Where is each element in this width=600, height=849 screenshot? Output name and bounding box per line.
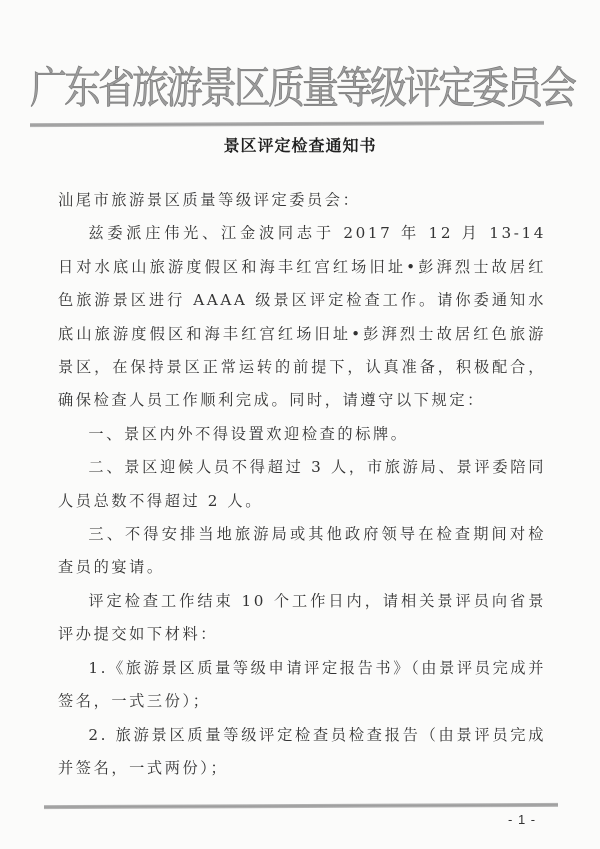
salutation: 汕尾市旅游景区质量等级评定委员会： bbox=[58, 184, 546, 217]
rule-item-1: 一、景区内外不得设置欢迎检查的标牌。 bbox=[58, 418, 546, 451]
page-number: - 1 - bbox=[508, 812, 536, 827]
document-body: 汕尾市旅游景区质量等级评定委员会： 兹委派庄伟光、江金波同志于 2017 年 1… bbox=[58, 184, 546, 785]
rule-item-3: 三、不得安排当地旅游局或其他政府领导在检查期间对检查员的宴请。 bbox=[58, 518, 546, 585]
material-item-1: 1.《旅游景区质量等级申请评定报告书》（由景评员完成并签名，一式三份）； bbox=[58, 652, 546, 719]
paragraph-intro: 兹委派庄伟光、江金波同志于 2017 年 12 月 13-14 日对水底山旅游度… bbox=[58, 217, 546, 417]
letterhead-title: 广东省旅游景区质量等级评定委员会 bbox=[30, 56, 544, 122]
document-title: 景区评定检查通知书 bbox=[0, 133, 600, 156]
material-item-2: 2. 旅游景区质量等级评定检查员检查报告（由景评员完成并签名，一式两份）； bbox=[58, 719, 546, 786]
rule-item-2: 二、景区迎候人员不得超过 3 人，市旅游局、景评委陪同人员总数不得超过 2 人。 bbox=[58, 451, 546, 518]
footer-divider bbox=[44, 803, 558, 809]
paragraph-materials: 评定检查工作结束 10 个工作日内，请相关景评员向省景评办提交如下材料： bbox=[58, 585, 546, 652]
letterhead-divider bbox=[30, 121, 544, 127]
